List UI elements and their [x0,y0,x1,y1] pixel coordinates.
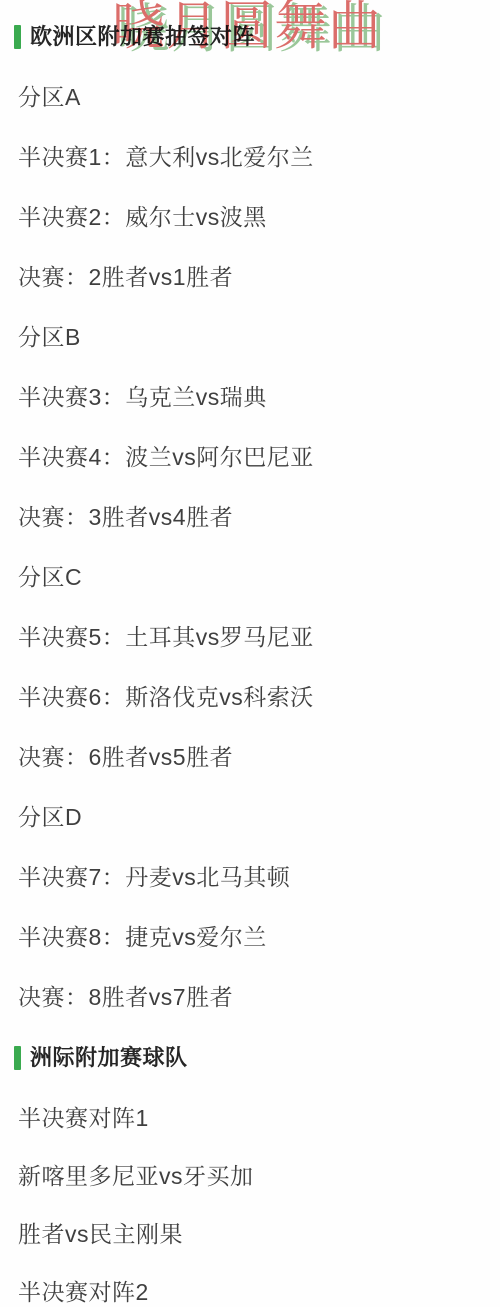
text-line-semifinal-5: 半决赛5：土耳其vs罗马尼亚 [18,625,482,649]
text-line-group-d: 分区D [18,805,482,829]
text-line-semifinal-2: 半决赛2：威尔士vs波黑 [18,205,482,229]
text-line-ic-semifinal-tie-1: 半决赛对阵1 [18,1106,482,1130]
green-bar-icon [14,1046,21,1070]
section-title-european: 欧洲区附加赛抽签对阵 [30,24,255,49]
text-line-group-b: 分区B [18,325,482,349]
section-header-intercontinental: 洲际附加赛球队 [18,1045,482,1070]
text-line-final-a: 决赛：2胜者vs1胜者 [18,265,482,289]
text-line-final-d: 决赛：8胜者vs7胜者 [18,985,482,1009]
text-line-ic-winner-match: 胜者vs民主刚果 [18,1222,482,1246]
text-line-semifinal-7: 半决赛7：丹麦vs北马其顿 [18,865,482,889]
section-european-playoffs: 欧洲区附加赛抽签对阵 分区A 半决赛1：意大利vs北爱尔兰 半决赛2：威尔士vs… [18,24,482,1009]
text-line-ic-match-1: 新喀里多尼亚vs牙买加 [18,1164,482,1188]
section-intercontinental-playoffs: 洲际附加赛球队 半决赛对阵1 新喀里多尼亚vs牙买加 胜者vs民主刚果 半决赛对… [18,1045,482,1304]
text-line-group-a: 分区A [18,85,482,109]
text-line-semifinal-6: 半决赛6：斯洛伐克vs科索沃 [18,685,482,709]
text-line-semifinal-1: 半决赛1：意大利vs北爱尔兰 [18,145,482,169]
article-page: 晓月圆舞曲 欧洲区附加赛抽签对阵 分区A 半决赛1：意大利vs北爱尔兰 半决赛2… [0,0,500,1307]
section-header-european: 欧洲区附加赛抽签对阵 [18,24,482,49]
text-line-final-c: 决赛：6胜者vs5胜者 [18,745,482,769]
text-line-group-c: 分区C [18,565,482,589]
green-bar-icon [14,25,21,49]
text-line-final-b: 决赛：3胜者vs4胜者 [18,505,482,529]
section-title-intercontinental: 洲际附加赛球队 [30,1045,188,1070]
text-line-ic-semifinal-tie-2: 半决赛对阵2 [18,1280,482,1304]
text-line-semifinal-8: 半决赛8：捷克vs爱尔兰 [18,925,482,949]
text-line-semifinal-4: 半决赛4：波兰vs阿尔巴尼亚 [18,445,482,469]
text-line-semifinal-3: 半决赛3：乌克兰vs瑞典 [18,385,482,409]
